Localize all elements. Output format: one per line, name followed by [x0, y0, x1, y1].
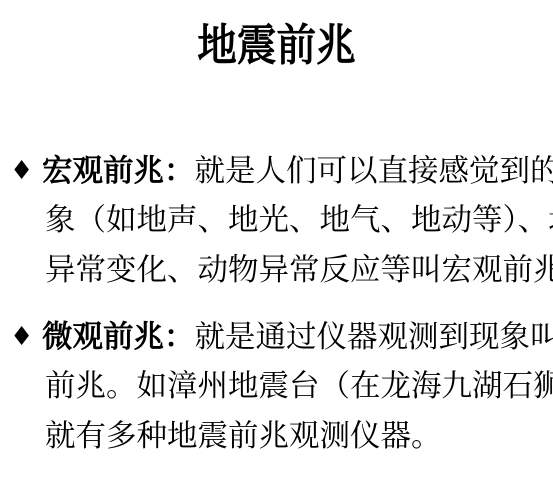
bullet-term: 宏观前兆：: [42, 154, 195, 189]
slide-title: 地震前兆: [28, 18, 526, 74]
diamond-bullet-icon: ♦: [10, 146, 42, 196]
bullet-macro-precursor: ♦宏观前兆：就是人们可以直接感觉到的如气 象（如地声、地光、地气、地动等）、地下…: [10, 146, 550, 296]
bullet-line: 就有多种地震前兆观测仪器。: [10, 412, 550, 462]
bullet-line: ♦宏观前兆：就是人们可以直接感觉到的如气: [10, 146, 550, 196]
bullet-line: ♦微观前兆：就是通过仪器观测到现象叫微观: [10, 312, 550, 362]
diamond-bullet-icon: ♦: [10, 312, 42, 362]
bullet-line: 象（如地声、地光、地气、地动等）、地下水: [10, 196, 550, 246]
bullet-text: 就是通过仪器观测到现象叫微观: [195, 320, 553, 355]
bullet-line: 前兆。如漳州地震台（在龙海九湖石狮岩下）: [10, 362, 550, 412]
bullet-text: 就是人们可以直接感觉到的如气: [195, 154, 553, 189]
bullet-line: 异常变化、动物异常反应等叫宏观前兆。: [10, 246, 550, 296]
bullet-micro-precursor: ♦微观前兆：就是通过仪器观测到现象叫微观 前兆。如漳州地震台（在龙海九湖石狮岩下…: [10, 312, 550, 462]
bullet-term: 微观前兆：: [42, 320, 195, 355]
